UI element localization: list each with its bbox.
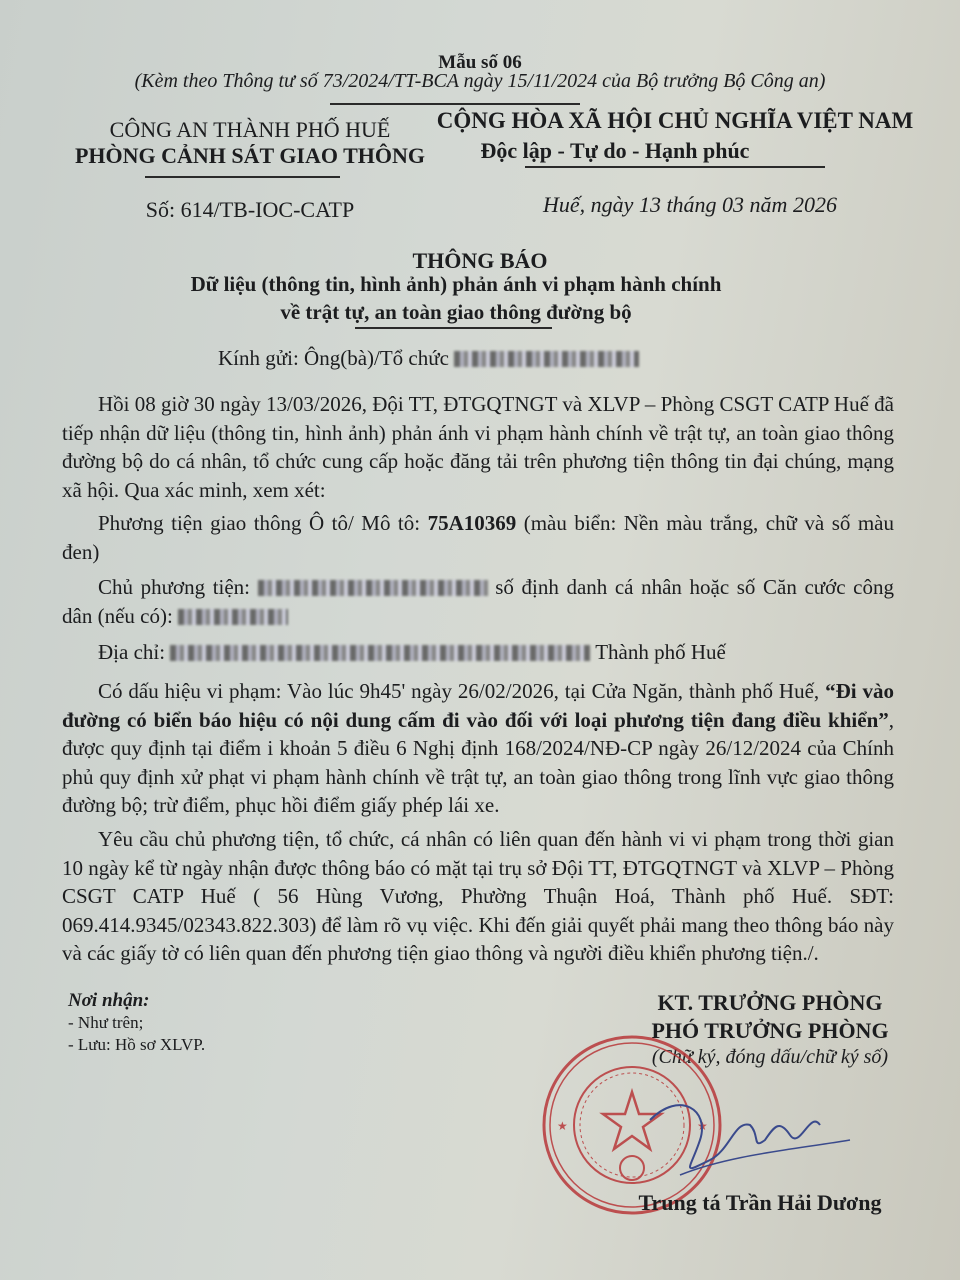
signature-icon — [640, 1080, 860, 1190]
address-paragraph: Địa chỉ: Thành phố Huế — [62, 638, 894, 667]
signer-name: Trung tá Trần Hải Dương — [590, 1190, 930, 1216]
address-redacted — [170, 645, 590, 661]
license-plate: 75A10369 — [428, 511, 517, 535]
intro-paragraph: Hồi 08 giờ 30 ngày 13/03/2026, Đội TT, Đ… — [62, 390, 894, 504]
issuer-line2: PHÒNG CẢNH SÁT GIAO THÔNG — [50, 143, 450, 169]
issuer-line1: CÔNG AN THÀNH PHỐ HUẾ — [50, 117, 450, 143]
form-reference: (Kèm theo Thông tư số 73/2024/TT-BCA ngà… — [0, 70, 960, 93]
divider — [525, 166, 825, 168]
addressee-name-redacted — [454, 351, 639, 367]
document-subtitle: Dữ liệu (thông tin, hình ảnh) phản ánh v… — [0, 272, 912, 297]
owner-paragraph: Chủ phương tiện: số định danh cá nhân ho… — [62, 573, 894, 630]
recipient-item: - Lưu: Hồ sơ XLVP. — [68, 1034, 205, 1056]
vehicle-paragraph: Phương tiện giao thông Ô tô/ Mô tô: 75A1… — [62, 509, 894, 566]
recipients-label: Nơi nhận: — [68, 990, 205, 1012]
divider — [330, 103, 580, 105]
violation-paragraph: Có dấu hiệu vi phạm: Vào lúc 9h45' ngày … — [62, 677, 894, 820]
document-title: THÔNG BÁO — [0, 248, 960, 274]
national-header-line1: CỘNG HÒA XÃ HỘI CHỦ NGHĨA VIỆT NAM — [430, 108, 920, 134]
owner-id-redacted — [178, 609, 288, 625]
divider — [355, 327, 552, 329]
recipients: Nơi nhận: - Như trên; - Lưu: Hồ sơ XLVP. — [68, 990, 205, 1056]
document-subtitle: về trật tự, an toàn giao thông đường bộ — [0, 300, 912, 325]
signature-title-1: KT. TRƯỞNG PHÒNG — [600, 990, 940, 1016]
owner-name-redacted — [258, 580, 488, 596]
addressee-label: Kính gửi: Ông(bà)/Tổ chức — [218, 346, 449, 370]
document-number: Số: 614/TB-IOC-CATP — [50, 197, 450, 223]
divider — [145, 176, 340, 178]
addressee: Kính gửi: Ông(bà)/Tổ chức — [218, 346, 639, 371]
svg-text:★: ★ — [557, 1119, 568, 1133]
national-header-line2: Độc lập - Tự do - Hạnh phúc — [430, 138, 800, 164]
recipient-item: - Như trên; — [68, 1012, 205, 1034]
place-date: Huế, ngày 13 tháng 03 năm 2026 — [520, 192, 860, 218]
request-paragraph: Yêu cầu chủ phương tiện, tổ chức, cá nhâ… — [62, 825, 894, 968]
notice-document: Mẫu số 06 (Kèm theo Thông tư số 73/2024/… — [0, 0, 960, 1280]
